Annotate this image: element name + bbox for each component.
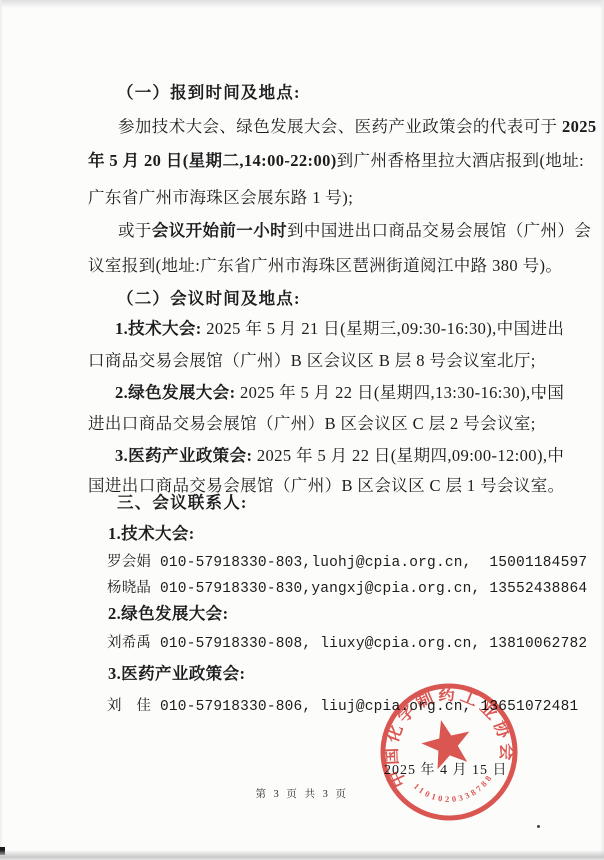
contact-line: 罗会娟 010-57918330-803,luohj@cpia.org.cn, … [88,552,587,574]
item1-line1: 1.技术大会: 2025 年 5 月 21 日(星期三,09:30-16:30)… [88,318,564,340]
item2-title-bold: 2.绿色发展大会: [115,383,235,402]
item2-line2-text: 进出口商品交易会展馆（广州）B 区会议区 C 层 2 号会议室; [88,414,536,433]
para2-line1-bold: 会议开始前一小时 [152,221,287,240]
section3-heading: 三、会议联系人: [88,492,248,514]
item2-line2: 进出口商品交易会展馆（广州）B 区会议区 C 层 2 号会议室; [88,413,536,435]
scan-edge-top [0,0,604,8]
contact-line: 刘希禹 010-57918330-808, liuxy@cpia.org.cn,… [88,633,587,655]
item2-detail: 2025 年 5 月 22 日(星期四,13:30-16:30),中国 [235,383,564,402]
item2-line1: 2.绿色发展大会: 2025 年 5 月 22 日(星期四,13:30-16:3… [88,382,564,404]
page-number-text: 第 3 页 共 3 页 [255,789,348,800]
para1-line1-bold-year: 2025 [562,117,597,136]
section1-heading-text: （一）报到时间及地点: [117,83,301,102]
item1-title-bold: 1.技术大会: [115,319,202,338]
scan-speck [540,396,543,399]
issue-date: 2025 年 4 月 15 日 [384,759,508,779]
item1-detail: 2025 年 5 月 21 日(星期三,09:30-16:30),中国进出 [202,319,565,338]
para2-line2: 议室报到(地址:广东省广州市海珠区琶洲街道阅江中路 380 号)。 [88,255,562,277]
item1-line2: 口商品交易会展馆（广州）B 区会议区 B 层 8 号会议室北厅; [88,350,536,372]
contact4-text: 刘 佳 010-57918330-806, liuj@cpia.org.cn, … [107,699,578,715]
scan-speck [537,825,540,828]
item3-line1: 3.医药产业政策会: 2025 年 5 月 22 日(星期四,09:00-12:… [88,445,564,467]
contact-group1-heading-text: 1.技术大会: [108,524,195,543]
item1-line2-text: 口商品交易会展馆（广州）B 区会议区 B 层 8 号会议室北厅; [88,351,536,370]
item3-detail: 2025 年 5 月 22 日(星期四,09:00-12:00),中 [252,446,564,465]
section2-heading: （二）会议时间及地点: [88,288,301,310]
contact-group3-heading-text: 3.医药产业政策会: [108,664,245,683]
scan-edge-bottom [0,850,604,860]
para1-line3: 广东省广州市海珠区会展东路 1 号); [88,187,353,209]
para2-line1: 或于会议开始前一小时到中国进出口商品交易会展馆（广州）会 [88,220,591,242]
section3-heading-text: 三、会议联系人: [117,493,248,512]
official-seal: 中国化学制药工业协会 1101020338788 [358,661,540,843]
section2-heading-text: （二）会议时间及地点: [117,289,301,308]
para2-line2-text: 议室报到(地址:广东省广州市海珠区琶洲街道阅江中路 380 号)。 [88,256,562,275]
para2-line1-normal2: 到中国进出口商品交易会展馆（广州）会 [287,221,591,240]
contact-group1-heading: 1.技术大会: [88,523,195,545]
scanned-document-page: （一）报到时间及地点: 参加技术大会、绿色发展大会、医药产业政策会的代表可于 2… [0,0,604,860]
scan-edge-left [0,0,3,860]
issue-date-text: 2025 年 4 月 15 日 [384,763,508,778]
contact-line: 刘 佳 010-57918330-806, liuj@cpia.org.cn, … [88,696,578,718]
contact-group2-heading: 2.绿色发展大会: [88,603,228,625]
contact-group2-heading-text: 2.绿色发展大会: [108,604,228,623]
para1-line3-text: 广东省广州市海珠区会展东路 1 号); [88,188,353,207]
para1-line2: 年 5 月 20 日(星期二,14:00-22:00)到广州香格里拉大酒店报到(… [88,150,584,172]
contact1-text: 罗会娟 010-57918330-803,luohj@cpia.org.cn, … [107,555,587,571]
item3-title-bold: 3.医药产业政策会: [115,446,252,465]
contact2-text: 杨晓晶 010-57918330-830,yangxj@cpia.org.cn,… [107,581,587,597]
para1-line2-normal: 到广州香格里拉大酒店报到(地址: [337,151,584,170]
para1-line1-normal: 参加技术大会、绿色发展大会、医药产业政策会的代表可于 [118,117,562,136]
contact-group3-heading: 3.医药产业政策会: [88,663,245,685]
contact-line: 杨晓晶 010-57918330-830,yangxj@cpia.org.cn,… [88,578,587,600]
section1-heading: （一）报到时间及地点: [88,82,301,104]
para1-line1: 参加技术大会、绿色发展大会、医药产业政策会的代表可于 2025 [88,116,597,138]
page-footer: 第 3 页 共 3 页 [0,786,604,801]
para1-line2-bold-date: 年 5 月 20 日(星期二,14:00-22:00) [88,151,337,170]
scan-edge-right [600,0,604,860]
contact3-text: 刘希禹 010-57918330-808, liuxy@cpia.org.cn,… [107,636,587,652]
para2-line1-normal1: 或于 [118,221,152,240]
